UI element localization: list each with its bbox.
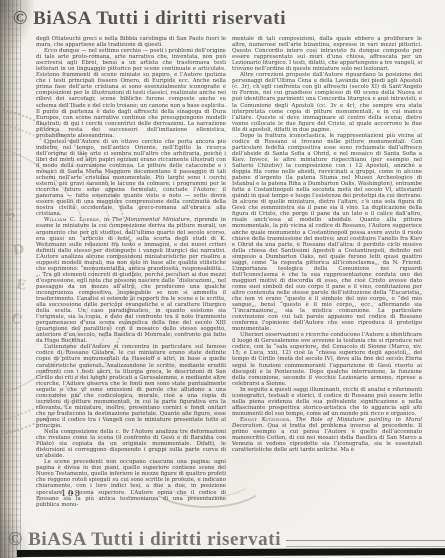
paragraph-review-kitzinger: Ernst Kitzinger, The Role of Miniature p…	[232, 417, 422, 453]
paragraph-text: , riprende in esame le miniature la cui …	[36, 217, 226, 344]
paragraph: mentale di tali composizioni, dalla qual…	[232, 36, 422, 72]
text-column-left: degli Ottateuchi greci e nella Bibbia ca…	[36, 36, 226, 508]
scan-edge-black-bar	[17, 548, 445, 557]
text-column-right: mentale di tali composizioni, dalla qual…	[232, 36, 422, 453]
paragraph: Altre correzioni proposte dall’Autore ri…	[232, 72, 422, 132]
scanned-journal-page: S D E C © BiASA Tutti i diritti riservat…	[0, 0, 445, 558]
paragraph: Dopo la frattura iconoclastica, le rappr…	[232, 133, 422, 333]
copyright-watermark-top: © BiASA Tutti i diritti riservati	[13, 8, 286, 30]
paragraph-review-loerke: William C. Loerke, in The Monumental Min…	[36, 217, 226, 344]
paragraph: L’attenzione dell’Autore si concentra in…	[36, 344, 226, 429]
paragraph: L’ipotesi dell’Autore di un ottavo cerch…	[36, 139, 226, 218]
page-number: 108	[61, 489, 81, 499]
paragraph: degli Ottateuchi greci e nella Bibbia ca…	[36, 36, 226, 48]
paragraph: Ulteriori osservazioni e ricerche conduc…	[232, 332, 422, 386]
copyright-watermark-bottom: © BiASA Tutti i diritti riservati	[8, 529, 281, 551]
scan-artifact-lines	[286, 540, 445, 547]
paragraph: Ecco dunque — nel settimo cerchio — post…	[36, 48, 226, 139]
faint-oval-stamp-arc-inner	[156, 452, 256, 498]
scan-gutter-edge	[0, 0, 21, 558]
paragraph: In seguito a questi saggi illuminanti, r…	[232, 387, 422, 417]
